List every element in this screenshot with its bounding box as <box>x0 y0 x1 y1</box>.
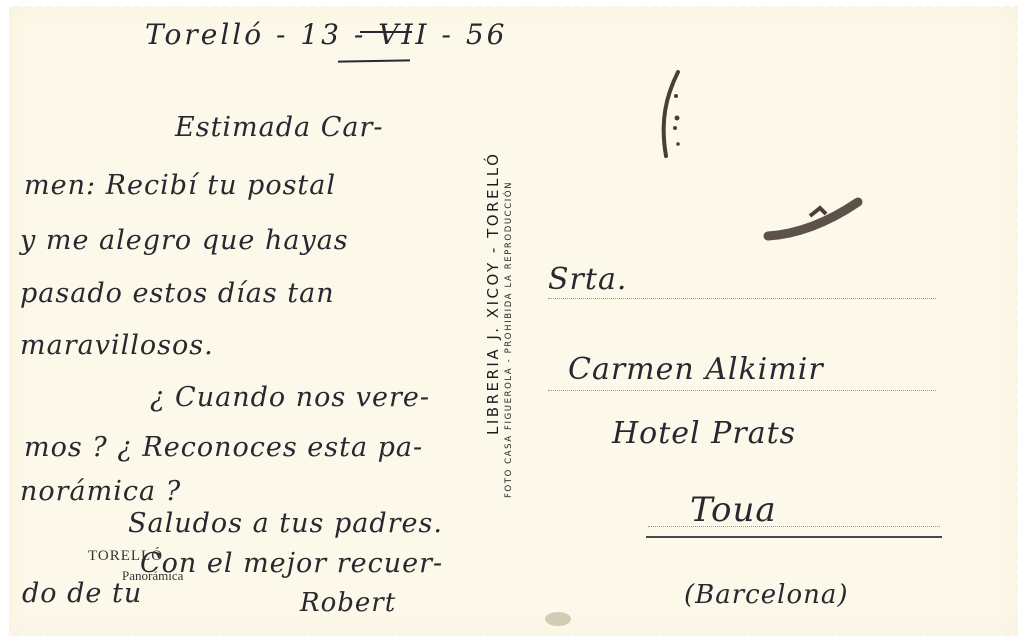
address-name: Carmen Alkimir <box>568 352 824 387</box>
postmark-icon <box>650 66 870 246</box>
address-region: (Barcelona) <box>684 580 849 610</box>
letter-line: norámica ? <box>20 476 181 507</box>
address-line-3 <box>648 526 940 527</box>
photo-caption-title: TORELLÓ <box>88 548 163 565</box>
address-line-2 <box>548 390 936 391</box>
address-line2: Hotel Prats <box>612 416 796 451</box>
signature: Robert <box>300 588 396 618</box>
letter-date: Torelló - 13 - VII - 56 <box>145 18 507 51</box>
publisher-imprint: LIBRERIA J. XICOY - TORELLÓ <box>484 152 502 435</box>
letter-line: ¿ Cuando nos vere- <box>150 382 430 413</box>
letter-line: men: Recibí tu postal <box>24 170 336 201</box>
letter-line: Con el mejor recuer- <box>140 548 443 579</box>
date-overline <box>360 31 412 33</box>
photo-caption-subtitle: Panorámica <box>122 568 183 584</box>
letter-line: Estimada Car- <box>175 112 384 143</box>
stain-spot <box>545 612 571 626</box>
address-city: Toua <box>690 490 777 530</box>
address-underline <box>646 536 942 538</box>
letter-line: Saludos a tus padres. <box>128 508 443 539</box>
letter-line: y me alegro que hayas <box>20 225 349 256</box>
letter-line: mos ? ¿ Reconoces esta pa- <box>24 432 423 463</box>
letter-line: maravillosos. <box>20 330 214 361</box>
address-line-1 <box>548 298 936 299</box>
photo-credit: FOTO CASA FIGUEROLA - PROHIBIDA LA REPRO… <box>504 181 514 498</box>
letter-line: pasado estos días tan <box>20 278 335 309</box>
address-salutation: Srta. <box>548 262 627 297</box>
